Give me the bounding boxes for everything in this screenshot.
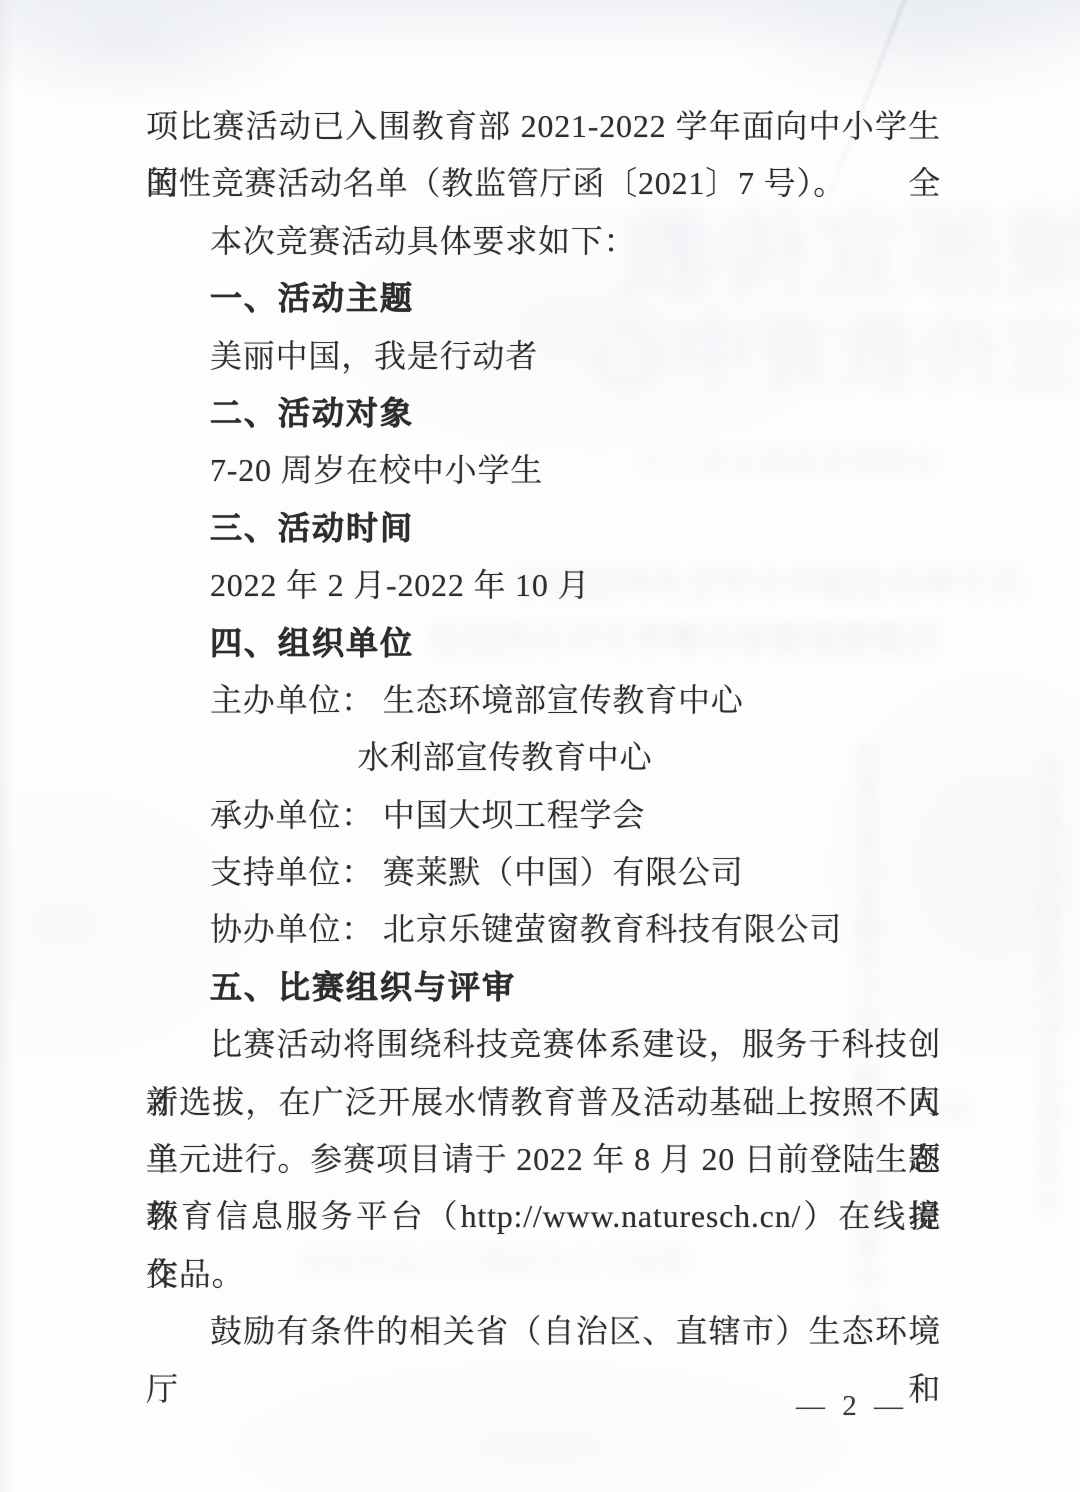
document-text-block: 项比赛活动已入围教育部 2021-2022 学年面向中小学生的全国性竞赛活动名单… (146, 98, 941, 1361)
text-line: 作品。 (146, 1246, 941, 1303)
section-heading: 二、活动对象 (146, 385, 941, 442)
section-heading: 五、比赛组织与评审 (146, 959, 941, 1016)
text-line: 2022 年 2 月-2022 年 10 月 (146, 557, 941, 614)
text-line: 国性竞赛活动名单（教监管厅函〔2021〕7 号）。 (146, 155, 941, 212)
text-line: 鼓励有条件的相关省（自治区、直辖市）生态环境厅和 (146, 1303, 941, 1360)
text-line: 教育信息服务平台（http://www.naturesch.cn/）在线提交 (146, 1188, 941, 1245)
text-line: 美丽中国，我是行动者 (146, 328, 941, 385)
text-line: 协办单位： 北京乐键萤窗教育科技有限公司 (146, 901, 941, 958)
text-line: 本次竞赛活动具体要求如下： (146, 213, 941, 270)
text-line: 才选拔，在广泛开展水情教育普及活动基础上按照不同主题 (146, 1074, 941, 1131)
bleed-through-ghost: 水利部各流域管理机构宣传教育单位 (1030, 752, 1071, 1216)
text-line: 单元进行。参赛项目请于 2022 年 8 月 20 日前登陆生态环境 (146, 1131, 941, 1188)
text-line: 主办单位： 生态环境部宣传教育中心 (146, 672, 941, 729)
section-heading: 四、组织单位 (146, 615, 941, 672)
text-line: 承办单位： 中国大坝工程学会 (146, 787, 941, 844)
text-line: 7-20 周岁在校中小学生 (146, 442, 941, 499)
text-line: 比赛活动将围绕科技竞赛体系建设，服务于科技创新人 (146, 1016, 941, 1073)
section-heading: 三、活动时间 (146, 500, 941, 557)
page-number: — 2 — (796, 1390, 908, 1423)
text-line: 支持单位： 赛莱默（中国）有限公司 (146, 844, 941, 901)
text-line: 项比赛活动已入围教育部 2021-2022 学年面向中小学生的全 (146, 98, 941, 155)
section-heading: 一、活动主题 (146, 270, 941, 327)
text-line: 水利部宣传教育中心 (146, 729, 941, 786)
